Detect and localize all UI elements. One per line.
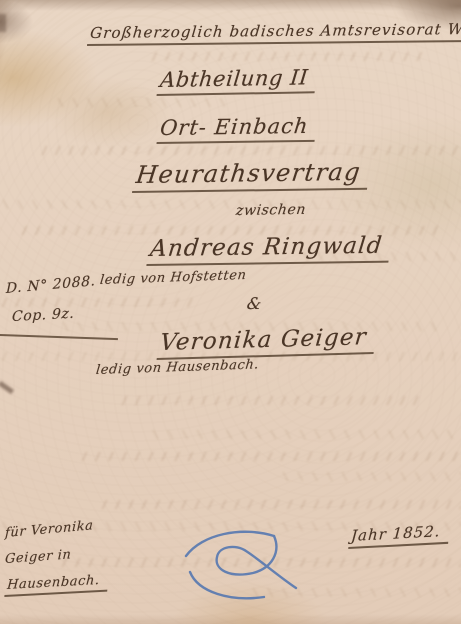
- place-line: Ort- Einbach: [156, 114, 317, 144]
- showthrough-texture: [120, 396, 420, 405]
- showthrough-texture: [0, 298, 200, 307]
- edge-nick: [0, 381, 14, 394]
- showthrough-texture: [100, 500, 461, 509]
- year-note: Jahr 1852.: [348, 522, 449, 549]
- between-word: zwischen: [235, 202, 307, 219]
- showthrough-texture: [280, 472, 461, 481]
- showthrough-texture: [150, 430, 461, 439]
- blue-pencil-mark: [180, 526, 304, 610]
- showthrough-texture: [80, 452, 461, 461]
- header-line: Großherzoglich badisches Amtsrevisorat W…: [87, 20, 461, 46]
- bride-status: ledig von Hausenbach.: [95, 357, 260, 378]
- bottom-note-line3: Hausenbach.: [4, 573, 108, 597]
- groom-name: Andreas Ringwald: [146, 233, 392, 266]
- margin-note-number: D. N° 2088.: [6, 273, 96, 297]
- bride-name: Veronika Geiger: [157, 324, 377, 360]
- bottom-note-line2: Geiger in: [5, 547, 72, 567]
- showthrough-texture: [0, 200, 461, 209]
- ampersand: &: [246, 294, 264, 313]
- showthrough-texture: [40, 146, 461, 155]
- edge-nick: [0, 14, 6, 32]
- margin-note-copy: Cop. 9z.: [12, 306, 75, 325]
- bottom-note-line1: für Veronika: [5, 518, 94, 541]
- section-heading: Abtheilung II: [157, 65, 318, 96]
- margin-rule: [0, 334, 118, 340]
- showthrough-texture: [150, 52, 430, 61]
- contract-title: Heurathsvertrag: [132, 158, 371, 193]
- showthrough-texture: [55, 98, 225, 107]
- document-scan: Großherzoglich badisches Amtsrevisorat W…: [0, 0, 461, 624]
- groom-status: ledig von Hofstetten: [99, 268, 247, 288]
